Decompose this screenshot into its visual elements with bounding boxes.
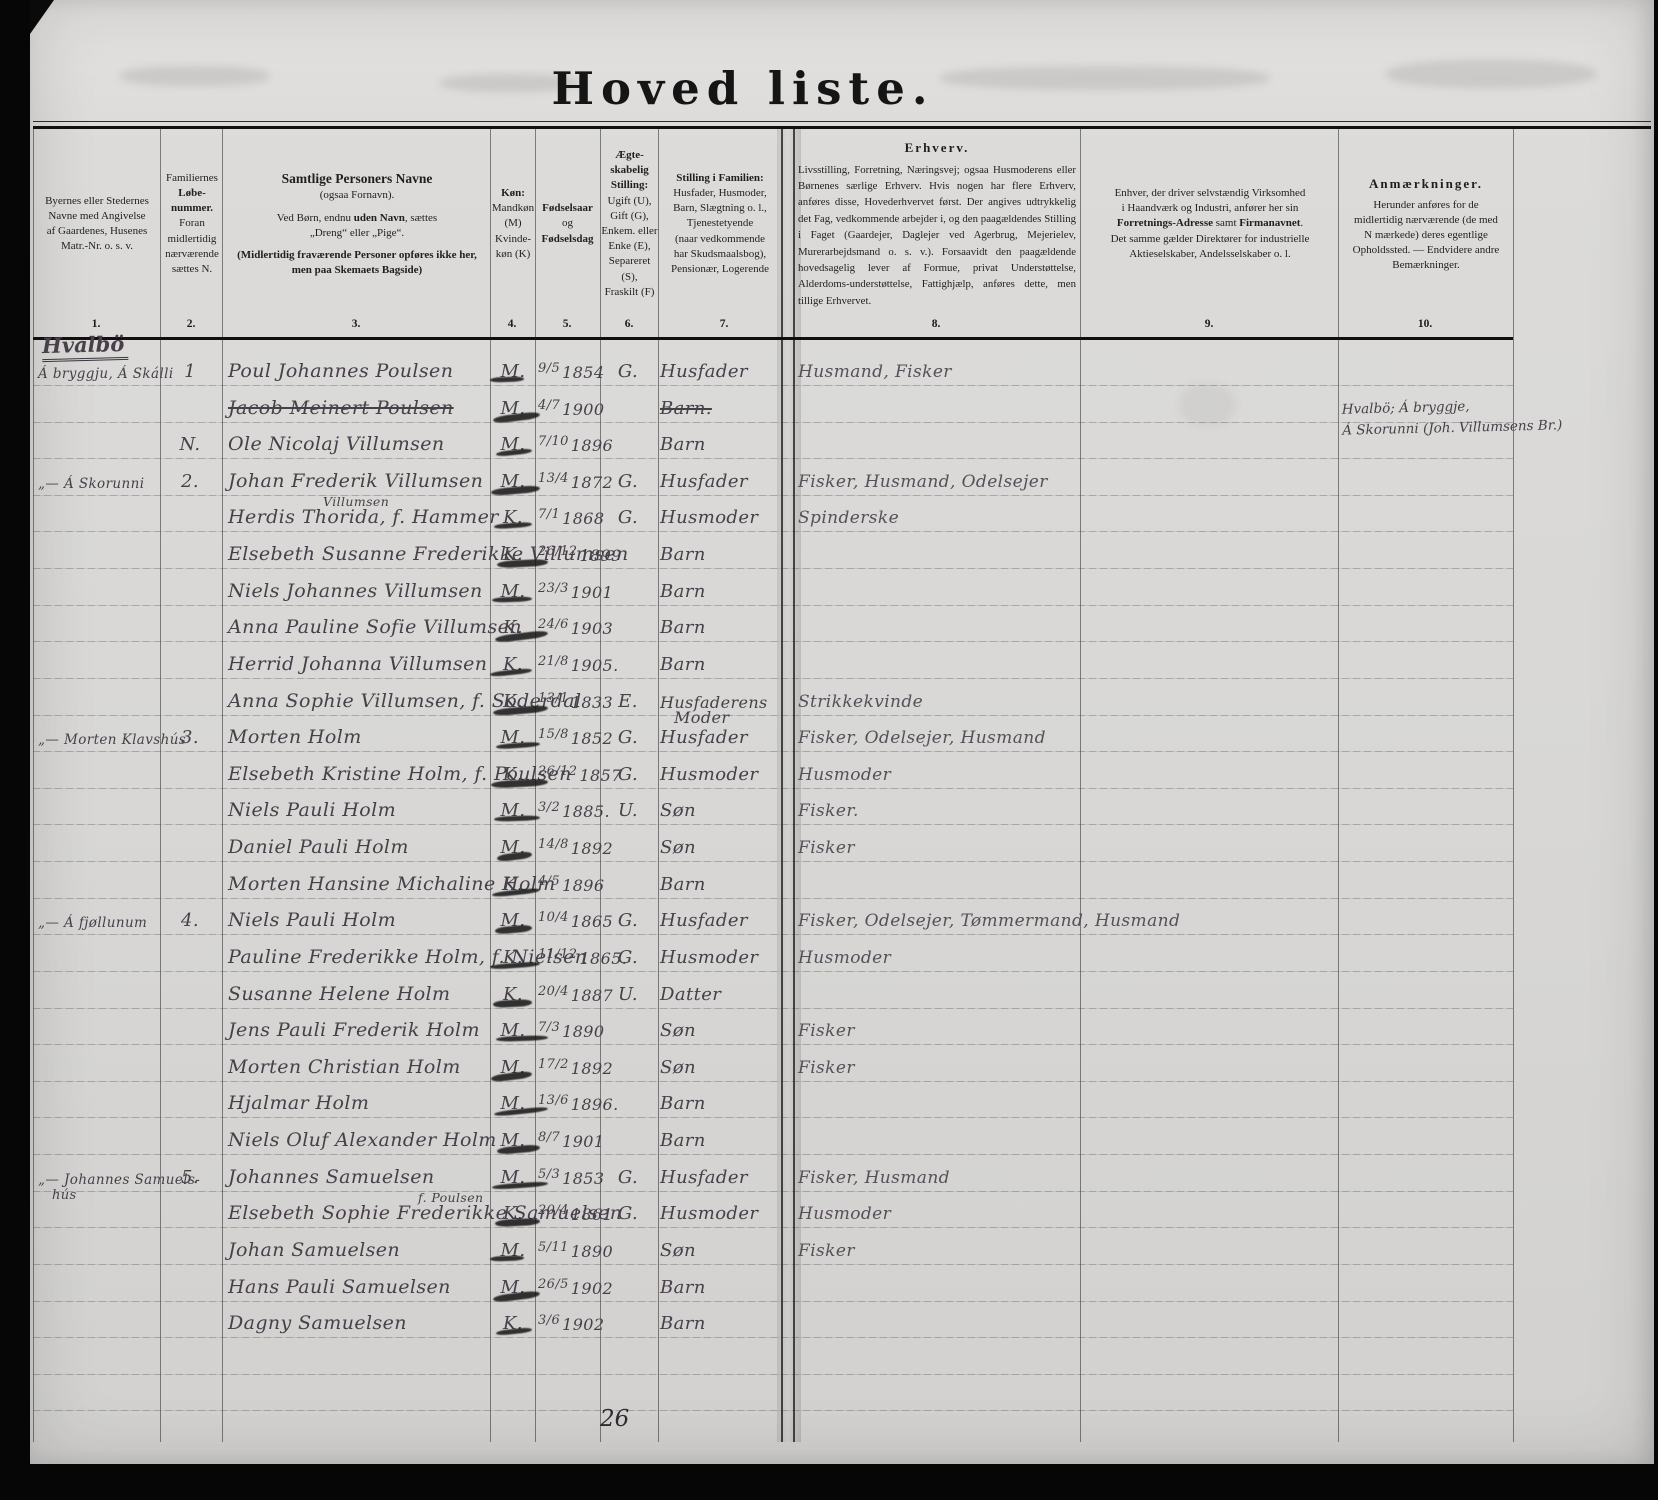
header-cell-line: af Gaardenes, Husenes xyxy=(47,224,147,239)
cell-mar: E. xyxy=(600,691,656,712)
cell-occ: Fisker. xyxy=(798,801,1074,821)
header-cell-line: Tjenestetyende xyxy=(687,216,754,231)
cell-name: Anna Pauline Sofie Villumsen xyxy=(228,616,490,638)
cell-fam: Husmoder xyxy=(660,507,786,528)
cell-date: 5/31853 xyxy=(538,1167,600,1188)
header-cell-line: Stilling: xyxy=(611,178,648,193)
cell-name: Niels Pauli Holm xyxy=(228,799,490,821)
table-row: Hjalmar HolmM.13/61896.Barn xyxy=(33,1082,1513,1116)
cell-name: Johan Frederik Villumsen xyxy=(228,470,490,492)
header-cell-line: Fødselsdag xyxy=(542,232,594,247)
header-bottom-rule xyxy=(33,337,1513,340)
cell-occ: Husmoder xyxy=(798,948,1074,968)
cell-name: Hans Pauli Samuelsen xyxy=(228,1276,490,1298)
header-cell-line: (ogsaa Fornavn). xyxy=(320,188,395,203)
header-cell-line: Bemærkninger. xyxy=(1392,258,1460,273)
cell-date: 24/61903 xyxy=(538,617,600,638)
header-occupation: Erhverv.Livsstilling, Forretning, Næring… xyxy=(798,132,1076,316)
cell-name: Jens Pauli Frederik Holm xyxy=(228,1019,490,1041)
cell-date: 26/51902 xyxy=(538,1277,600,1298)
header-cell-line: Det samme gælder Direktører for industri… xyxy=(1111,232,1310,247)
cell-date: 10/41865 xyxy=(538,910,600,931)
cell-fam: Husfader xyxy=(660,471,786,492)
column-number: 9. xyxy=(1205,318,1214,330)
name-annotation: f. Poulsen xyxy=(418,1190,483,1205)
cell-place: Á bryggju, Á Skálli xyxy=(38,366,160,382)
header-cell-line: Gift (G), xyxy=(610,209,649,224)
cell-fam: Barn xyxy=(660,544,786,565)
cell-name: Pauline Frederikke Holm, f. Nielsen xyxy=(228,946,490,968)
cell-occ: Fisker, Odelsejer, Husmand xyxy=(798,728,1074,748)
header-cell-line: Pensionær, Logerende xyxy=(671,262,769,277)
cell-name: Anna Sophie Villumsen, f. Soderdal xyxy=(228,690,490,712)
cell-name: Hjalmar Holm xyxy=(228,1092,490,1114)
cell-mar: G. xyxy=(600,1203,656,1224)
cell-occ: Fisker, Husmand, Odelsejer xyxy=(798,472,1074,492)
header-cell-line: Fødselsaar xyxy=(542,201,593,216)
cell-fam: Husfader xyxy=(660,910,786,931)
header-cell-line: Forretnings-Adresse samt Firmanavnet. xyxy=(1117,216,1303,231)
cell-num: 1 xyxy=(162,361,218,382)
cell-name: Susanne Helene Holm xyxy=(228,983,490,1005)
table-row: Jens Pauli Frederik HolmM.7/31890SønFisk… xyxy=(33,1009,1513,1043)
cell-date: 11/121865. xyxy=(538,947,600,968)
table-row: Elsebeth Susanne Frederikke VillumsenK.2… xyxy=(33,533,1513,567)
cell-fam: Søn xyxy=(660,1057,786,1078)
cell-occ: Fisker, Husmand xyxy=(798,1168,1074,1188)
header-cell-line: køn (K) xyxy=(496,247,531,262)
cell-num: 5. xyxy=(162,1167,218,1188)
cell-name: Morten Christian Holm xyxy=(228,1056,490,1078)
cell-num: 2. xyxy=(162,471,218,492)
cell-name: Herrid Johanna Villumsen xyxy=(228,653,490,675)
cell-date: 4/51896 xyxy=(538,874,600,895)
cell-date: 8/71901 xyxy=(538,1130,600,1151)
cell-date: 20/41887 xyxy=(538,984,600,1005)
cell-date: 7/101896 xyxy=(538,434,600,455)
cell-mar: G. xyxy=(600,910,656,931)
table-row: „— Á fjøllunum4.Niels Pauli HolmM.10/418… xyxy=(33,899,1513,933)
column-number: 10. xyxy=(1418,318,1432,330)
cell-fam: Barn xyxy=(660,1313,786,1334)
cell-name: Daniel Pauli Holm xyxy=(228,836,490,858)
header-cell-line: Foran xyxy=(179,216,205,231)
row-rule xyxy=(33,1410,1513,1411)
header-cell-line: Separeret xyxy=(609,254,651,269)
table-row: Elsebeth Sophie Frederikke Samuelsenf. P… xyxy=(33,1192,1513,1226)
cell-date: 13/41872 xyxy=(538,471,600,492)
header-cell-line: og xyxy=(562,216,573,231)
table-row: Susanne Helene HolmK.20/41887U.Datter xyxy=(33,973,1513,1007)
page-number: 26 xyxy=(600,1406,629,1432)
header-cell-line: Køn: xyxy=(501,186,525,201)
header-cell-line: Enkem. eller xyxy=(601,224,657,239)
cell-fam: Husmoder xyxy=(660,947,786,968)
header-cell-line: Ægte- xyxy=(615,148,644,163)
cell-fam: Husfader xyxy=(660,1167,786,1188)
cell-fam: Husmoder xyxy=(660,764,786,785)
cell-mar: G. xyxy=(600,727,656,748)
column-line xyxy=(1513,128,1514,1442)
header-cell-title: Anmærkninger. xyxy=(1369,175,1483,193)
cell-date: 15/81852 xyxy=(538,727,600,748)
cell-place: „— Morten Klavshús xyxy=(38,732,160,748)
header-cell-line: (M) xyxy=(504,216,521,231)
cell-occ: Fisker, Odelsejer, Tømmermand, Husmand xyxy=(798,911,1074,931)
table-row: Niels Johannes VillumsenM.23/31901Barn xyxy=(33,570,1513,604)
cell-mar: U. xyxy=(600,800,656,821)
row-rule xyxy=(33,1337,1513,1338)
header-cell-line: (Midlertidig fraværende Personer opføres… xyxy=(237,248,477,263)
header-family-number: FamiliernesLøbe-nummer.Foranmidlertidign… xyxy=(163,132,221,316)
cell-mar: G. xyxy=(600,507,656,528)
header-cell-line: Aktieselskaber, Andelsselskaber o. l. xyxy=(1129,247,1290,262)
header-cell-line: har Skudsmaalsbog), xyxy=(674,247,766,262)
cell-num: N. xyxy=(162,434,218,455)
table-row: Dagny SamuelsenK.3/61902Barn xyxy=(33,1302,1513,1336)
cell-name: Elsebeth Sophie Frederikke Samuelsenf. P… xyxy=(228,1202,490,1224)
header-cell-line: nummer. xyxy=(171,201,213,216)
header-cell-line: sættes N. xyxy=(172,262,212,277)
header-cell-line: Navne med Angivelse xyxy=(48,209,145,224)
header-cell-line: Ugift (U), xyxy=(608,194,652,209)
cell-occ: Spinderske xyxy=(798,508,1074,528)
column-number: 1. xyxy=(92,318,101,330)
cell-num: 3. xyxy=(162,727,218,748)
cell-place: „— Á fjøllunum xyxy=(38,915,160,931)
header-cell-line: Kvinde- xyxy=(495,232,531,247)
cell-date: 23/31901 xyxy=(538,581,600,602)
header-cell-line: midlertidig nærværende (de med xyxy=(1354,213,1498,228)
cell-name: Dagny Samuelsen xyxy=(228,1312,490,1334)
header-marital-status: Ægte-skabeligStilling:Ugift (U),Gift (G)… xyxy=(601,132,658,316)
cell-fam: Husfader xyxy=(660,361,786,382)
header-sex: Køn:Mandkøn(M)Kvinde-køn (K) xyxy=(491,132,535,316)
cell-date: 20/41861 xyxy=(538,1203,600,1224)
cell-fam: Barn xyxy=(660,1277,786,1298)
table-row: Anna Sophie Villumsen, f. SoderdalK.13/1… xyxy=(33,680,1513,714)
header-cell-line: Stilling i Familien: xyxy=(676,171,763,186)
cell-fam: HusfaderensModer xyxy=(660,693,786,712)
table-row: „— Johannes Samuels-hús5.Johannes Samuel… xyxy=(33,1156,1513,1190)
table-row: Herrid Johanna VillumsenK.21/81905.Barn xyxy=(33,643,1513,677)
column-number: 3. xyxy=(352,318,361,330)
header-cell-line: Mandkøn xyxy=(492,201,534,216)
column-number: 6. xyxy=(625,318,634,330)
cell-fam: Barn. xyxy=(660,398,786,419)
cell-name: Ole Nicolaj Villumsen xyxy=(228,433,490,455)
cell-occ: Fisker xyxy=(798,838,1074,858)
remarks-annotation: Hvalbö; Á bryggje, Á Skorunni (Joh. Vill… xyxy=(1342,394,1563,441)
table-row: Pauline Frederikke Holm, f. NielsenK.11/… xyxy=(33,936,1513,970)
cell-name: Jacob Meinert Poulsen xyxy=(228,397,490,419)
column-number: 8. xyxy=(932,318,941,330)
header-cell-line: N mærkede) deres egentlige xyxy=(1364,228,1488,243)
header-remarks: Anmærkninger.Herunder anføres for demidl… xyxy=(1344,132,1508,316)
header-cell-line: „Dreng“ eller „Pige“. xyxy=(310,226,404,241)
header-cell-line: (S), xyxy=(621,270,637,285)
title-rule-thick xyxy=(33,126,1651,129)
header-cell-title: Erhverv. xyxy=(905,139,970,157)
header-cell-paragraph: Livsstilling, Forretning, Næringsvej; og… xyxy=(798,162,1076,310)
cell-fam: Barn xyxy=(660,1093,786,1114)
cell-fam: Søn xyxy=(660,1240,786,1261)
cell-date: 14/81892 xyxy=(538,837,600,858)
table-row: „— Morten Klavshús3.Morten HolmM.15/8185… xyxy=(33,716,1513,750)
cell-date: 21/81905. xyxy=(538,654,600,675)
header-cell-line: midlertidig xyxy=(168,232,217,247)
header-cell-line: men paa Skemaets Bagside) xyxy=(292,263,422,278)
cell-fam: Søn xyxy=(660,800,786,821)
cell-fam: Husmoder xyxy=(660,1203,786,1224)
header-cell-line: skabelig xyxy=(610,163,649,178)
ink-blot xyxy=(495,1218,540,1227)
cell-date: 4/71900 xyxy=(538,398,600,419)
cell-occ: Husmoder xyxy=(798,1204,1074,1224)
cell-date: 9/51854 xyxy=(538,361,600,382)
cell-fam: Barn xyxy=(660,874,786,895)
header-cell-line: Byernes eller Stedernes xyxy=(45,194,149,209)
table-row: Hans Pauli SamuelsenM.26/51902Barn xyxy=(33,1266,1513,1300)
title-rule xyxy=(33,121,1651,122)
header-cell-line: Løbe- xyxy=(178,186,206,201)
cell-mar: G. xyxy=(600,471,656,492)
cell-name: Niels Pauli Holm xyxy=(228,909,490,931)
page-title: Hoved liste. xyxy=(33,62,1453,115)
cell-name: Elsebeth Kristine Holm, f. Poulsen xyxy=(228,763,490,785)
cell-mar: U. xyxy=(600,984,656,1005)
cell-fam: Barn xyxy=(660,654,786,675)
row-rule xyxy=(33,1374,1513,1375)
ink-blot xyxy=(494,522,532,530)
header-business-address: Enhver, der driver selvstændig Virksomhe… xyxy=(1086,132,1334,316)
table-row: N.Ole Nicolaj VillumsenM.7/101896Barn xyxy=(33,423,1513,457)
cell-place: „— Á Skorunni xyxy=(38,476,160,492)
cell-name: Morten Hansine Michaline Holm xyxy=(228,873,490,895)
header-cell-line: i Haandværk og Industri, anfører her sin xyxy=(1122,201,1299,216)
header-cell-line: nærværende xyxy=(165,247,219,262)
cell-occ: Fisker xyxy=(798,1241,1074,1261)
table-row: Johan SamuelsenM.5/111890SønFisker xyxy=(33,1229,1513,1263)
cell-occ: Fisker xyxy=(798,1058,1074,1078)
cell-fam: Datter xyxy=(660,984,786,1005)
cell-fam: Barn xyxy=(660,617,786,638)
scanned-census-page: Hoved liste. Byernes eller StedernesNavn… xyxy=(0,0,1658,1500)
table-row: Morten Hansine Michaline HolmK.4/51896Ba… xyxy=(33,863,1513,897)
table-row: „— Á Skorunni2.Johan Frederik VillumsenM… xyxy=(33,460,1513,494)
cell-name: Morten Holm xyxy=(228,726,490,748)
cell-fam: Søn xyxy=(660,1020,786,1041)
header-cell-line: (naar vedkommende xyxy=(675,232,765,247)
cell-fam: Barn xyxy=(660,1130,786,1151)
header-cell-line: Matr.-Nr. o. s. v. xyxy=(61,239,133,254)
table-row: Jacob Meinert PoulsenM.4/71900Barn. xyxy=(33,387,1513,421)
table-row: Niels Oluf Alexander HolmM.8/71901Barn xyxy=(33,1119,1513,1153)
table-row: Á bryggju, Á Skálli1Poul Johannes Poulse… xyxy=(33,350,1513,384)
header-cell-line: Samtlige Personers Navne xyxy=(282,170,433,189)
table-row: Niels Pauli HolmM.3/21885.U.SønFisker. xyxy=(33,789,1513,823)
table-row: Elsebeth Kristine Holm, f. PoulsenK.26/1… xyxy=(33,753,1513,787)
header-cell-line: Fraskilt (F) xyxy=(605,285,655,300)
cell-occ: Husmoder xyxy=(798,765,1074,785)
column-number: 7. xyxy=(720,318,729,330)
cell-occ: Fisker xyxy=(798,1021,1074,1041)
header-person-names: Samtlige Personers Navne(ogsaa Fornavn).… xyxy=(226,132,488,316)
cell-date: 13/61896. xyxy=(538,1093,600,1114)
cell-name: Johannes Samuelsen xyxy=(228,1166,490,1188)
header-cell-line: Husfader, Husmoder, xyxy=(673,186,767,201)
cell-mar: G. xyxy=(600,361,656,382)
header-place-column: Byernes eller StedernesNavne med Angivel… xyxy=(37,132,157,316)
cell-date: 3/21885. xyxy=(538,800,600,821)
name-annotation: Villumsen xyxy=(323,494,389,509)
header-cell-line: Enhver, der driver selvstændig Virksomhe… xyxy=(1115,186,1306,201)
table-row: Herdis Thorida, f. HammerVillumsenK.7/11… xyxy=(33,496,1513,530)
header-cell-line: Barn, Slægtning o. l., xyxy=(673,201,767,216)
cell-fam: Barn xyxy=(660,581,786,602)
cell-occ: Husmand, Fisker xyxy=(798,362,1074,382)
cell-name: Elsebeth Susanne Frederikke Villumsen xyxy=(228,543,490,565)
table-row: Morten Christian HolmM.17/21892SønFisker xyxy=(33,1046,1513,1080)
table-row: Anna Pauline Sofie VillumsenK.24/61903Ba… xyxy=(33,606,1513,640)
cell-place: „— Johannes Samuels-hús xyxy=(38,1172,160,1188)
cell-fam: Barn xyxy=(660,434,786,455)
cell-mar: G. xyxy=(600,947,656,968)
cell-date: 7/11868 xyxy=(538,507,600,528)
cell-date: 17/21892 xyxy=(538,1057,600,1078)
cell-mar: G. xyxy=(600,1167,656,1188)
column-number: 5. xyxy=(563,318,572,330)
cell-occ: Strikkekvinde xyxy=(798,692,1074,712)
header-family-position: Stilling i Familien:Husfader, Husmoder,B… xyxy=(660,132,780,316)
cell-fam: Husfader xyxy=(660,727,786,748)
header-cell-line: Ved Børn, endnu uden Navn, sættes xyxy=(277,211,437,226)
cell-fam: Søn xyxy=(660,837,786,858)
cell-num: 4. xyxy=(162,910,218,931)
table-row: Daniel Pauli HolmM.14/81892SønFisker xyxy=(33,826,1513,860)
header-cell-line: Familiernes xyxy=(166,171,218,186)
column-number: 4. xyxy=(508,318,517,330)
column-number: 2. xyxy=(187,318,196,330)
cell-date: 3/61902 xyxy=(538,1313,600,1334)
cell-name: Niels Oluf Alexander Holm xyxy=(228,1129,490,1151)
header-cell-line: Enke (E), xyxy=(608,239,650,254)
header-cell-line: Opholdssted. — Endvidere andre xyxy=(1353,243,1500,258)
header-cell-line: Herunder anføres for de xyxy=(1373,198,1478,213)
header-birthdate: FødselsaarogFødselsdag xyxy=(536,132,599,316)
cell-date: 5/111890 xyxy=(538,1240,600,1261)
cell-name: Niels Johannes Villumsen xyxy=(228,580,490,602)
cell-name: Johan Samuelsen xyxy=(228,1239,490,1261)
cell-name: Herdis Thorida, f. HammerVillumsen xyxy=(228,506,490,528)
cell-mar: G. xyxy=(600,764,656,785)
cell-name: Poul Johannes Poulsen xyxy=(228,360,490,382)
